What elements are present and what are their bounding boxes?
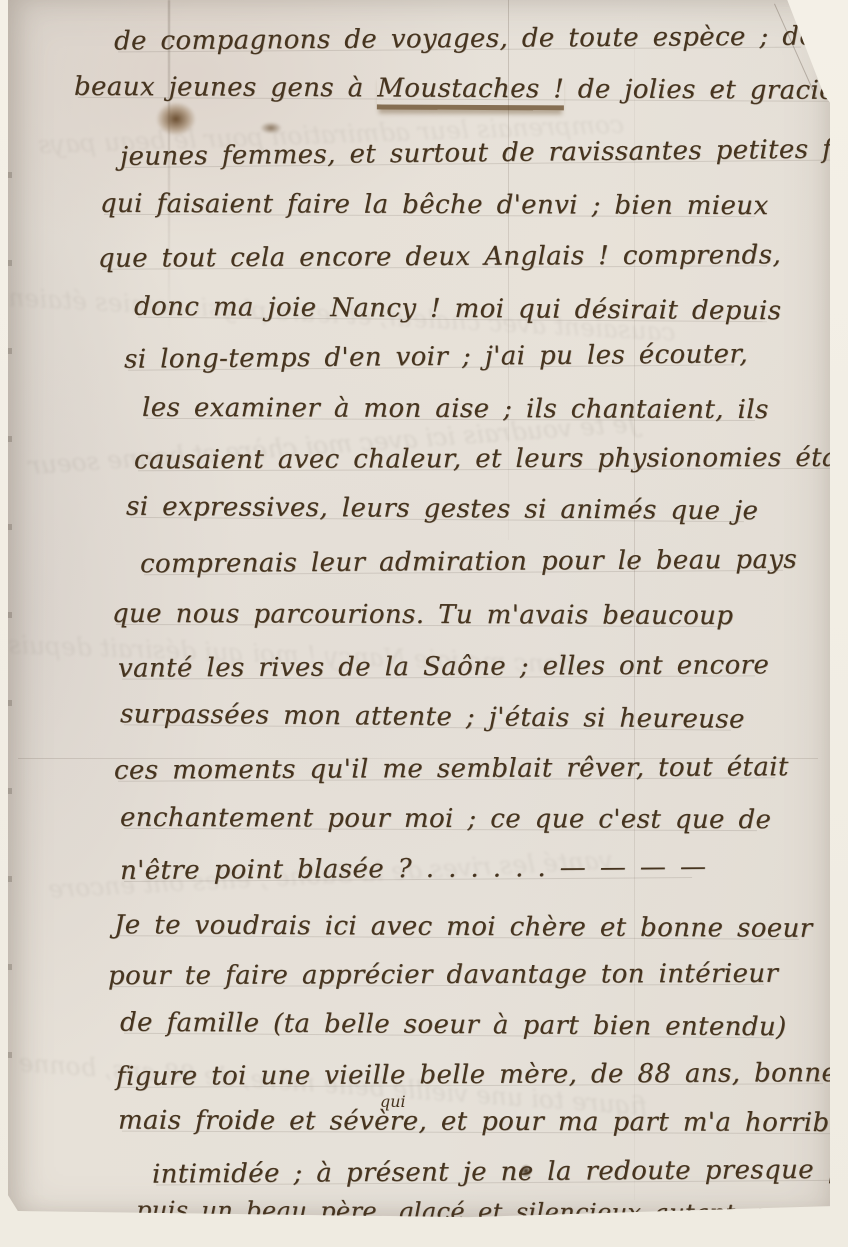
manuscript-line: Je te voudrais ici avec moi chère et bon… xyxy=(114,910,813,944)
manuscript-line: ces moments qu'il me semblait rêver, tou… xyxy=(114,752,789,786)
line-segment: de jolies et gracieuses xyxy=(564,74,848,106)
manuscript-line: causaient avec chaleur, et leurs physion… xyxy=(134,443,848,476)
manuscript-line: que nous parcourions. Tu m'avais beaucou… xyxy=(112,599,733,631)
manuscript-line: pour te faire apprécier davantage ton in… xyxy=(108,959,778,991)
manuscript-line: de famille (ta belle soeur à part bien e… xyxy=(120,1008,787,1043)
manuscript-line: puis un beau père, glacé et silencieux a… xyxy=(136,1196,848,1228)
manuscript-line: qui faisaient faire la bêche d'envi ; bi… xyxy=(100,189,769,221)
manuscript-line: comprenais leur admiration pour le beau … xyxy=(140,545,797,580)
underlined-word: Moustaches ! xyxy=(377,73,564,110)
line-segment: beaux jeunes gens à xyxy=(74,72,377,104)
manuscript-line: vanté les rives de la Saône ; elles ont … xyxy=(118,650,769,683)
paper-sheet: comprenais leur admiration pour le beau … xyxy=(8,0,830,1222)
manuscript-line: figure toi une vieille belle mère, de 88… xyxy=(116,1058,837,1092)
manuscript-line: jeunes femmes, et surtout de ravissantes… xyxy=(120,134,848,172)
manuscript-line: n'être point blasée ? . . . . . . — — — … xyxy=(120,852,706,886)
manuscript-line: si expressives, leurs gestes si animés q… xyxy=(126,492,759,526)
interline-insertion-word: qui xyxy=(380,1092,406,1111)
manuscript-line: les examiner à mon aise ; ils chantaient… xyxy=(142,393,769,425)
manuscript-line: donc ma joie Nancy ! moi qui désirait de… xyxy=(134,292,782,327)
manuscript-text-block: de compagnons de voyages, de toute espèc… xyxy=(8,0,830,1222)
manuscript-line: surpassées mon attente ; j'étais si heur… xyxy=(120,699,745,734)
scanned-letter-page: comprenais leur admiration pour le beau … xyxy=(0,0,848,1247)
manuscript-line: que tout cela encore deux Anglais ! comp… xyxy=(98,240,781,274)
manuscript-line: intimidée ; à présent je ne la redoute p… xyxy=(152,1154,848,1189)
manuscript-line: si long-temps d'en voir ; j'ai pu les éc… xyxy=(124,339,748,374)
manuscript-line: de compagnons de voyages, de toute espèc… xyxy=(114,22,815,57)
manuscript-line: beaux jeunes gens à Moustaches ! de joli… xyxy=(74,72,848,106)
manuscript-line: mais froide et sévère, et pour ma part m… xyxy=(118,1106,848,1139)
manuscript-line: enchantement pour moi ; ce que c'est que… xyxy=(120,803,771,835)
